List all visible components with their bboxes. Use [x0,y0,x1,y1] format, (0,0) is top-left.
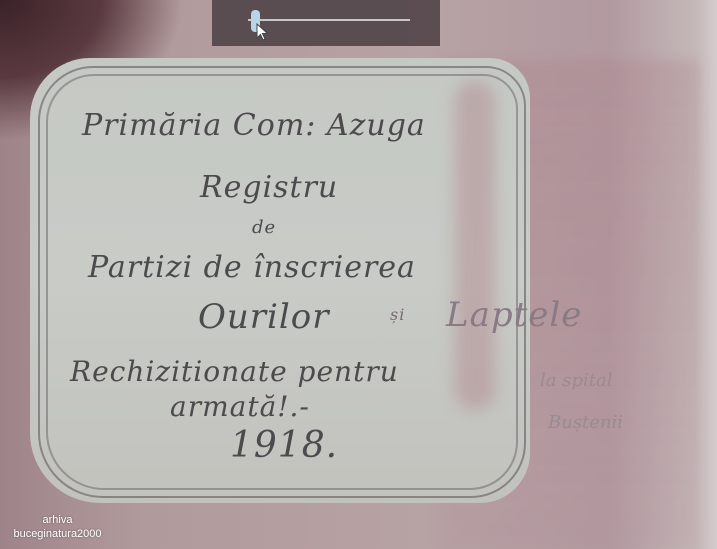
handwritten-line-eggs: Ourilor [198,297,330,337]
handwritten-line-milk: Laptele [446,295,582,335]
handwritten-line-requisitioned: Rechizitionate pentru [70,355,399,388]
handwritten-line-register: Registru [200,170,338,205]
handwritten-line-of: de [252,217,276,238]
label-stain [455,80,495,410]
side-note-place: Buștenii [548,412,623,433]
handwritten-line-year: 1918. [230,425,338,466]
watermark-line1: arhiva [0,513,115,527]
mouse-cursor-icon [256,23,270,41]
side-note-hospital: la spital [540,370,612,391]
handwritten-line-town-hall: Primăria Com: Azuga [82,108,426,143]
scrubber-track[interactable] [248,19,410,21]
handwritten-line-army: armată!.- [170,390,310,423]
handwritten-line-entries: Partizi de înscrierea [88,250,416,285]
video-scrubber-bar [212,0,440,46]
watermark-line2: buceginatura2000 [0,527,115,541]
watermark: arhiva buceginatura2000 [0,513,115,541]
handwritten-line-and: și [390,305,405,324]
